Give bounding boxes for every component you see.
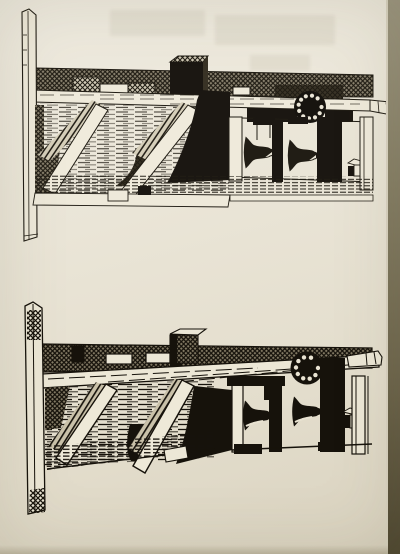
floor-boards (33, 175, 373, 207)
bottom-edge-shade (0, 545, 388, 554)
page-edge-shadow (386, 0, 400, 554)
right-post (352, 376, 365, 454)
book-page-photo (0, 0, 400, 554)
frame-post (232, 384, 243, 452)
frame-post-wide (317, 117, 342, 182)
bell-frame-illustration-bold (18, 298, 395, 526)
left-post (25, 302, 45, 514)
bell-headstock (288, 117, 308, 124)
frame-post (229, 117, 242, 181)
rope-wheel (291, 352, 324, 385)
frame-post-dark (272, 120, 283, 182)
figure-top (20, 5, 395, 245)
bell-headstock (253, 118, 275, 125)
left-post (22, 9, 44, 241)
frame-post-wide (320, 358, 345, 452)
bell-frame-illustration-fine (20, 5, 395, 245)
frame-post-dark (269, 382, 282, 452)
figure-bottom (18, 298, 395, 526)
